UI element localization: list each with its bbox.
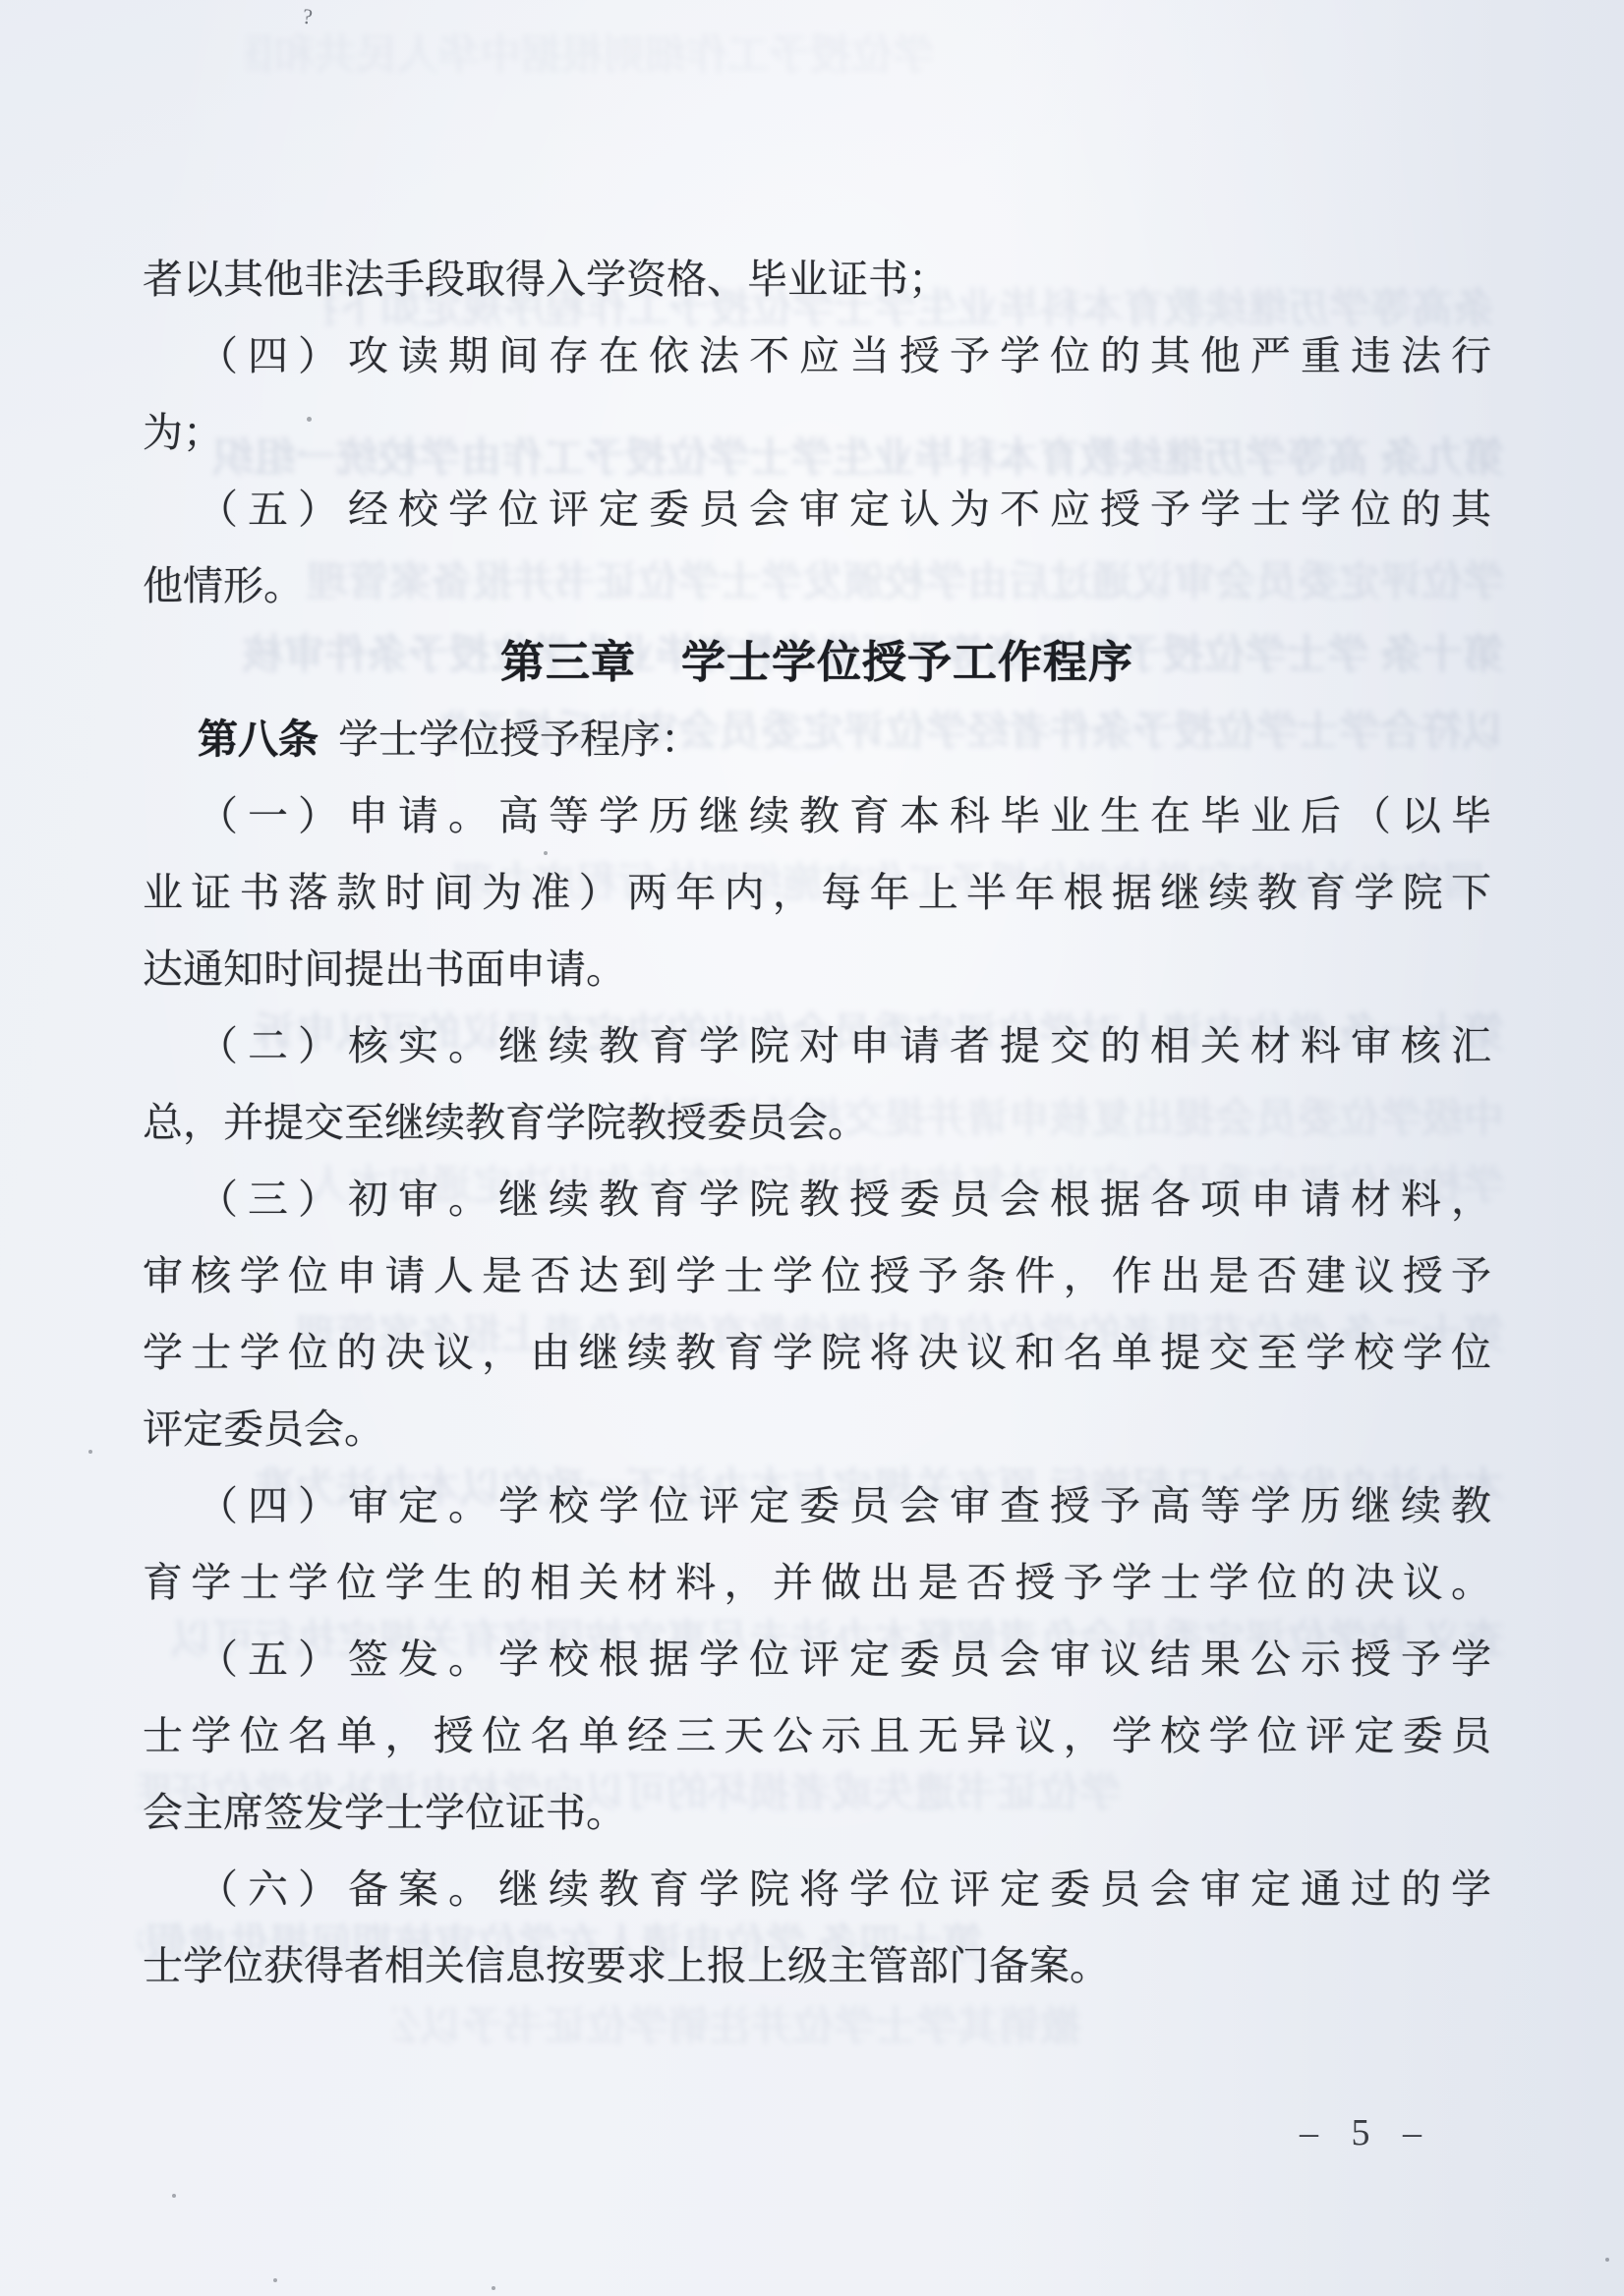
text-line: 会主席签发学士学位证书。 [143,1774,1491,1851]
scan-speck-artifact [492,2286,495,2290]
text-line: 业证书落款时间为准）两年内，每年上半年根据继续教育学院下 [143,854,1491,931]
text-line: （六）备案。继续教育学院将学位评定委员会审定通过的学 [143,1851,1491,1927]
text-line: 育学士学位学生的相关材料，并做出是否授予学士学位的决议。 [143,1544,1491,1621]
text-line: （四）攻读期间存在依法不应当授予学位的其他严重违法行 [143,317,1491,394]
text-line: 评定委员会。 [143,1391,1491,1467]
article-clause: 第八条学士学位授予程序： [143,701,1491,777]
text-line: 士学位名单，授位名单经三天公示且无异议，学校学位评定委员 [143,1697,1491,1774]
chapter-heading: 第三章 学士学位授予工作程序 [143,624,1491,701]
scan-speck-artifact [172,2194,176,2198]
text-line: （二）核实。继续教育学院对申请者提交的相关材料审核汇 [143,1007,1491,1084]
text-line: 审核学位申请人是否达到学士学位授予条件，作出是否建议授予 [143,1237,1491,1314]
text-line: 总，并提交至继续教育学院教授委员会。 [143,1084,1491,1161]
text-line: 士学位获得者相关信息按要求上报上级主管部门备案。 [143,1927,1491,2004]
text-line: （四）审定。学校学位评定委员会审查授予高等学历继续教 [143,1467,1491,1544]
bleedthrough-line: 撤销其学士学位并注销学位证书予以公告 [393,2001,1081,2052]
scan-speck-artifact [307,417,312,422]
bleedthrough-line: 学位授予工作细则根据中华人民共和国学位条例 [246,29,934,81]
scan-speck-artifact [273,2278,277,2282]
text-line: （三）初审。继续教育学院教授委员会根据各项申请材料， [143,1161,1491,1237]
scan-speck-artifact [1605,2258,1609,2262]
article-title: 学士学位授予程序： [338,717,701,762]
text-line: （一）申请。高等学历继续教育本科毕业生在毕业后（以毕 [143,777,1491,854]
text-line: （五）经校学位评定委员会审定认为不应授予学士学位的其 [143,471,1491,547]
text-line: 达通知时间提出书面申请。 [143,931,1491,1007]
text-line: 他情形。 [143,547,1491,624]
article-number: 第八条 [198,717,319,762]
scan-speck-artifact [88,1450,92,1454]
text-line: 学士学位的决议，由继续教育学院将决议和名单提交至学校学位 [143,1314,1491,1391]
text-line: （五）签发。学校根据学位评定委员会审议结果公示授予学 [143,1621,1491,1697]
text-line: 为； [143,394,1491,471]
document-text-block: 者以其他非法手段取得入学资格、毕业证书；（四）攻读期间存在依法不应当授予学位的其… [143,241,1491,2004]
page-number: – 5 – [1300,2111,1433,2154]
text-line: 者以其他非法手段取得入学资格、毕业证书； [143,241,1491,317]
scan-speck-artifact [544,851,548,855]
